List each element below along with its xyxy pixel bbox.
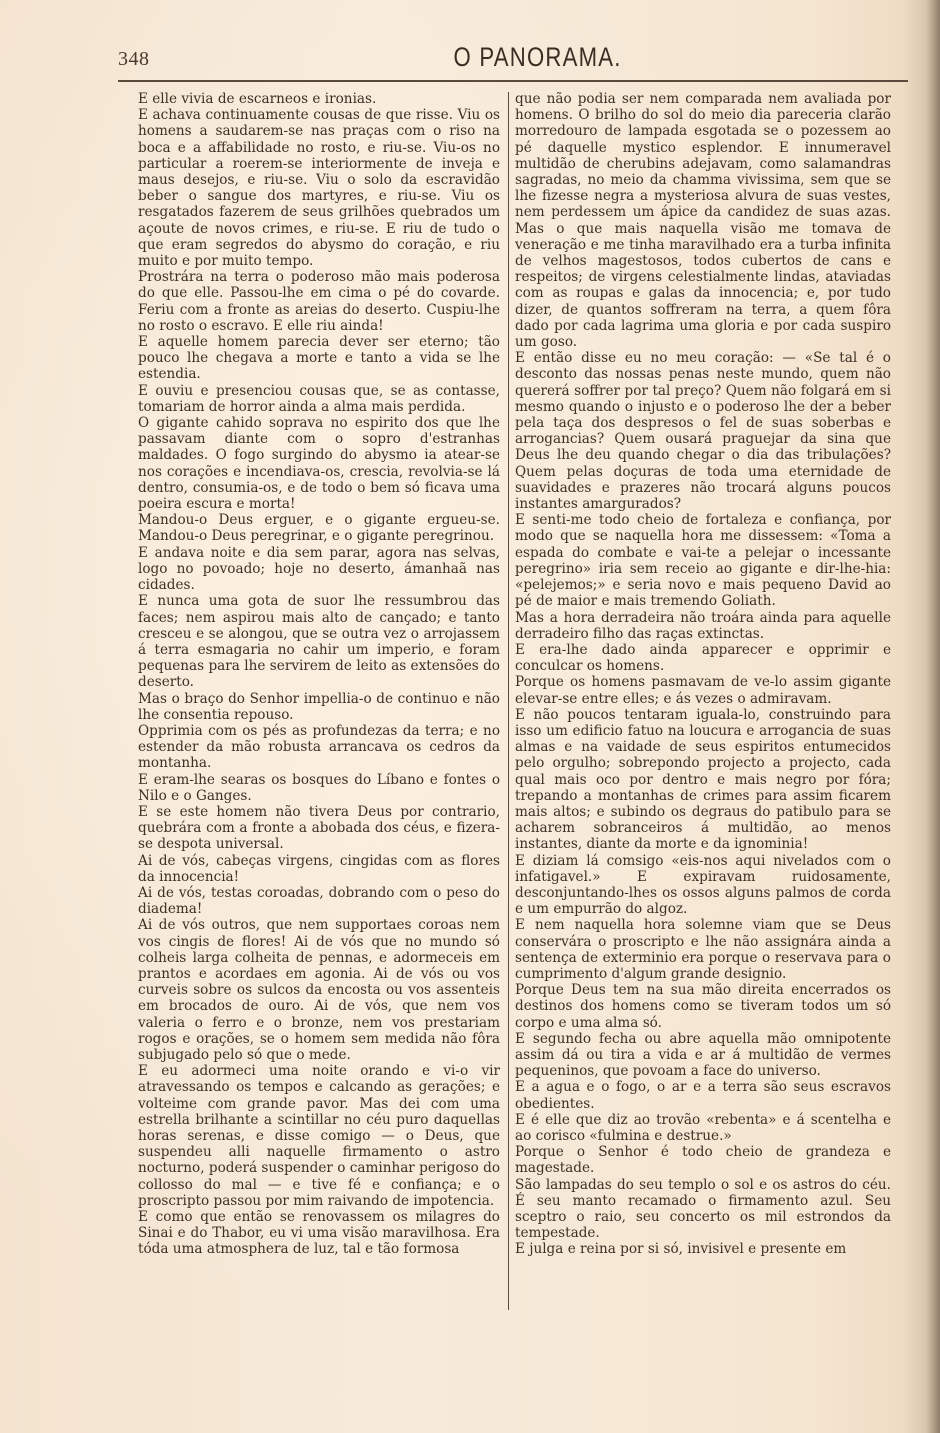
paragraph: E não poucos tentaram iguala-lo, constru… bbox=[515, 707, 891, 853]
paragraph: E elle vivia de escarneos e ironias. bbox=[138, 91, 500, 107]
paragraph: E aquelle homem parecia dever ser eterno… bbox=[138, 334, 500, 383]
paragraph: São lampadas do seu templo o sol e os as… bbox=[515, 1177, 891, 1242]
paragraph: E andava noite e dia sem parar, agora na… bbox=[138, 545, 500, 594]
paragraph: E eu adormeci uma noite orando e vi-o vi… bbox=[138, 1063, 500, 1209]
paragraph: que não podia ser nem comparada nem aval… bbox=[515, 91, 891, 350]
paragraph: E julga e reina por si só, invisivel e p… bbox=[515, 1241, 891, 1257]
paragraph: Prostrára na terra o poderoso mão mais p… bbox=[138, 269, 500, 334]
paragraph: E a agua e o fogo, o ar e a terra são se… bbox=[515, 1079, 891, 1111]
paragraph: Ai de vós, cabeças virgens, cingidas com… bbox=[138, 853, 500, 885]
paragraph: E ouviu e presenciou cousas que, se as c… bbox=[138, 383, 500, 415]
paragraph: E então disse eu no meu coração: — «Se t… bbox=[515, 350, 891, 512]
paragraph: O gigante cahido soprava no espirito dos… bbox=[138, 415, 500, 512]
paragraph: E nem naquella hora solemne viam que se … bbox=[515, 917, 891, 982]
binding-edge bbox=[926, 0, 940, 1433]
journal-title: O PANORAMA. bbox=[189, 42, 837, 73]
paragraph: Porque os homens pasmavam de ve-lo assim… bbox=[515, 674, 891, 706]
paragraph: E segundo fecha ou abre aquella mão omni… bbox=[515, 1031, 891, 1080]
column-divider bbox=[508, 92, 509, 1310]
paragraph: E eram-lhe searas os bosques do Líbano e… bbox=[138, 772, 500, 804]
paragraph: E achava continuamente cousas de que ris… bbox=[138, 107, 500, 269]
paragraph: E diziam lá comsigo «eis-nos aqui nivela… bbox=[515, 853, 891, 918]
paragraph: E se este homem não tivera Deus por cont… bbox=[138, 804, 500, 853]
paragraph: E como que então se renovassem os milagr… bbox=[138, 1209, 500, 1258]
scanned-page: 348 O PANORAMA. E elle vivia de escarneo… bbox=[0, 0, 940, 1433]
page-number: 348 bbox=[118, 48, 150, 71]
paragraph: Porque Deus tem na sua mão direita encer… bbox=[515, 982, 891, 1031]
paragraph: Mas a hora derradeira não troára ainda p… bbox=[515, 610, 891, 642]
paragraph: E é elle que diz ao trovão «rebenta» e á… bbox=[515, 1112, 891, 1144]
header-rule bbox=[118, 80, 908, 82]
right-column: que não podia ser nem comparada nem aval… bbox=[515, 91, 891, 1258]
paragraph: Ai de vós, testas coroadas, dobrando com… bbox=[138, 885, 500, 917]
paragraph: Mas o braço do Senhor impellia-o de cont… bbox=[138, 691, 500, 723]
page-header: 348 O PANORAMA. bbox=[118, 42, 908, 78]
paragraph: Porque o Senhor é todo cheio de grandeza… bbox=[515, 1144, 891, 1176]
paragraph: E era-lhe dado ainda apparecer e opprimi… bbox=[515, 642, 891, 674]
left-column: E elle vivia de escarneos e ironias. E a… bbox=[138, 91, 500, 1258]
paragraph: E nunca uma gota de suor lhe ressumbrou … bbox=[138, 593, 500, 690]
paragraph: E senti-me todo cheio de fortaleza e con… bbox=[515, 512, 891, 609]
paragraph: Ai de vós outros, que nem supportaes cor… bbox=[138, 917, 500, 1063]
paragraph: Mandou-o Deus erguer, e o gigante ergueu… bbox=[138, 512, 500, 544]
paragraph: Opprimia com os pés as profundezas da te… bbox=[138, 723, 500, 772]
